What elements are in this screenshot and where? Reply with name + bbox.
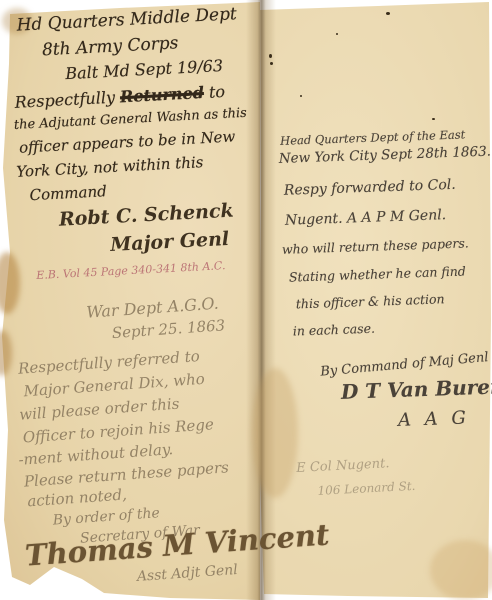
signature-schenck: Robt C. Schenck: [58, 202, 234, 230]
endorsement-line: in each case.: [293, 323, 376, 338]
word: to: [208, 82, 225, 102]
signature-thomas-vincent: Thomas M Vincent: [24, 520, 330, 570]
signature-title: A A G: [398, 409, 470, 429]
endorsement-line: 8th Army Corps: [42, 35, 179, 59]
endorsement-line: Stating whether he can find: [289, 265, 466, 284]
endorsement-line: Nugent. A A P M Genl.: [285, 208, 447, 228]
endorsement-line: New York City Sept 28th 1863.: [279, 146, 492, 167]
pencil-note-line: E Col Nugent.: [296, 457, 390, 475]
document-scan: Hd Quarters Middle Dept 8th Army Corps B…: [0, 0, 492, 600]
endorsement-schenck: Hd Quarters Middle Dept 8th Army Corps B…: [10, 0, 268, 262]
stain: [0, 330, 12, 376]
endorsement-line: who will return these papers.: [282, 237, 469, 256]
ink-speck: [336, 33, 338, 35]
endorsement-line: Septr 25. 1863: [111, 318, 225, 341]
endorsement-line: this officer & his action: [296, 293, 445, 311]
ink-speck: [300, 95, 302, 97]
stain: [430, 540, 492, 600]
word: Respectfully: [14, 88, 115, 112]
signature-title: Major Genl: [110, 230, 230, 255]
pencil-note-line: 106 Leonard St.: [317, 480, 415, 497]
endorsement-war-dept: War Dept A.G.O. Septr 25. 1863 Respectfu…: [12, 294, 266, 595]
endorsement-line: Respy forwarded to Col.: [284, 178, 456, 198]
signature-van-buren: D T Van Buren: [341, 376, 492, 402]
struck-word: Returned: [120, 83, 205, 106]
endorsement-line: By order of the: [52, 506, 160, 527]
ink-speck: [269, 54, 272, 58]
ink-speck: [432, 118, 435, 120]
endorsement-line: Balt Md Sept 19/63: [65, 58, 224, 82]
endorsement-line: York City, not within this: [16, 155, 204, 180]
endorsement-line-with-strikethrough: Respectfully Returned to: [14, 84, 225, 111]
endorsement-line: Command: [29, 184, 107, 203]
signature-title: Asst Adjt Genl: [136, 563, 238, 584]
endorsement-dix: Head Quarters Dept of the East New York …: [276, 129, 492, 446]
ink-speck: [386, 12, 390, 15]
stain: [0, 252, 20, 314]
ink-speck: [270, 62, 273, 65]
endorsement-line: Hd Quarters Middle Dept: [16, 6, 237, 35]
endorsement-line: By Command of Maj Genl Dix: [320, 349, 492, 379]
filing-note-text: E.B. Vol 45 Page 340-341 8th A.C.: [36, 260, 226, 281]
endorsement-line: action noted,: [27, 487, 127, 509]
endorsement-line: officer appears to be in New: [19, 129, 236, 155]
